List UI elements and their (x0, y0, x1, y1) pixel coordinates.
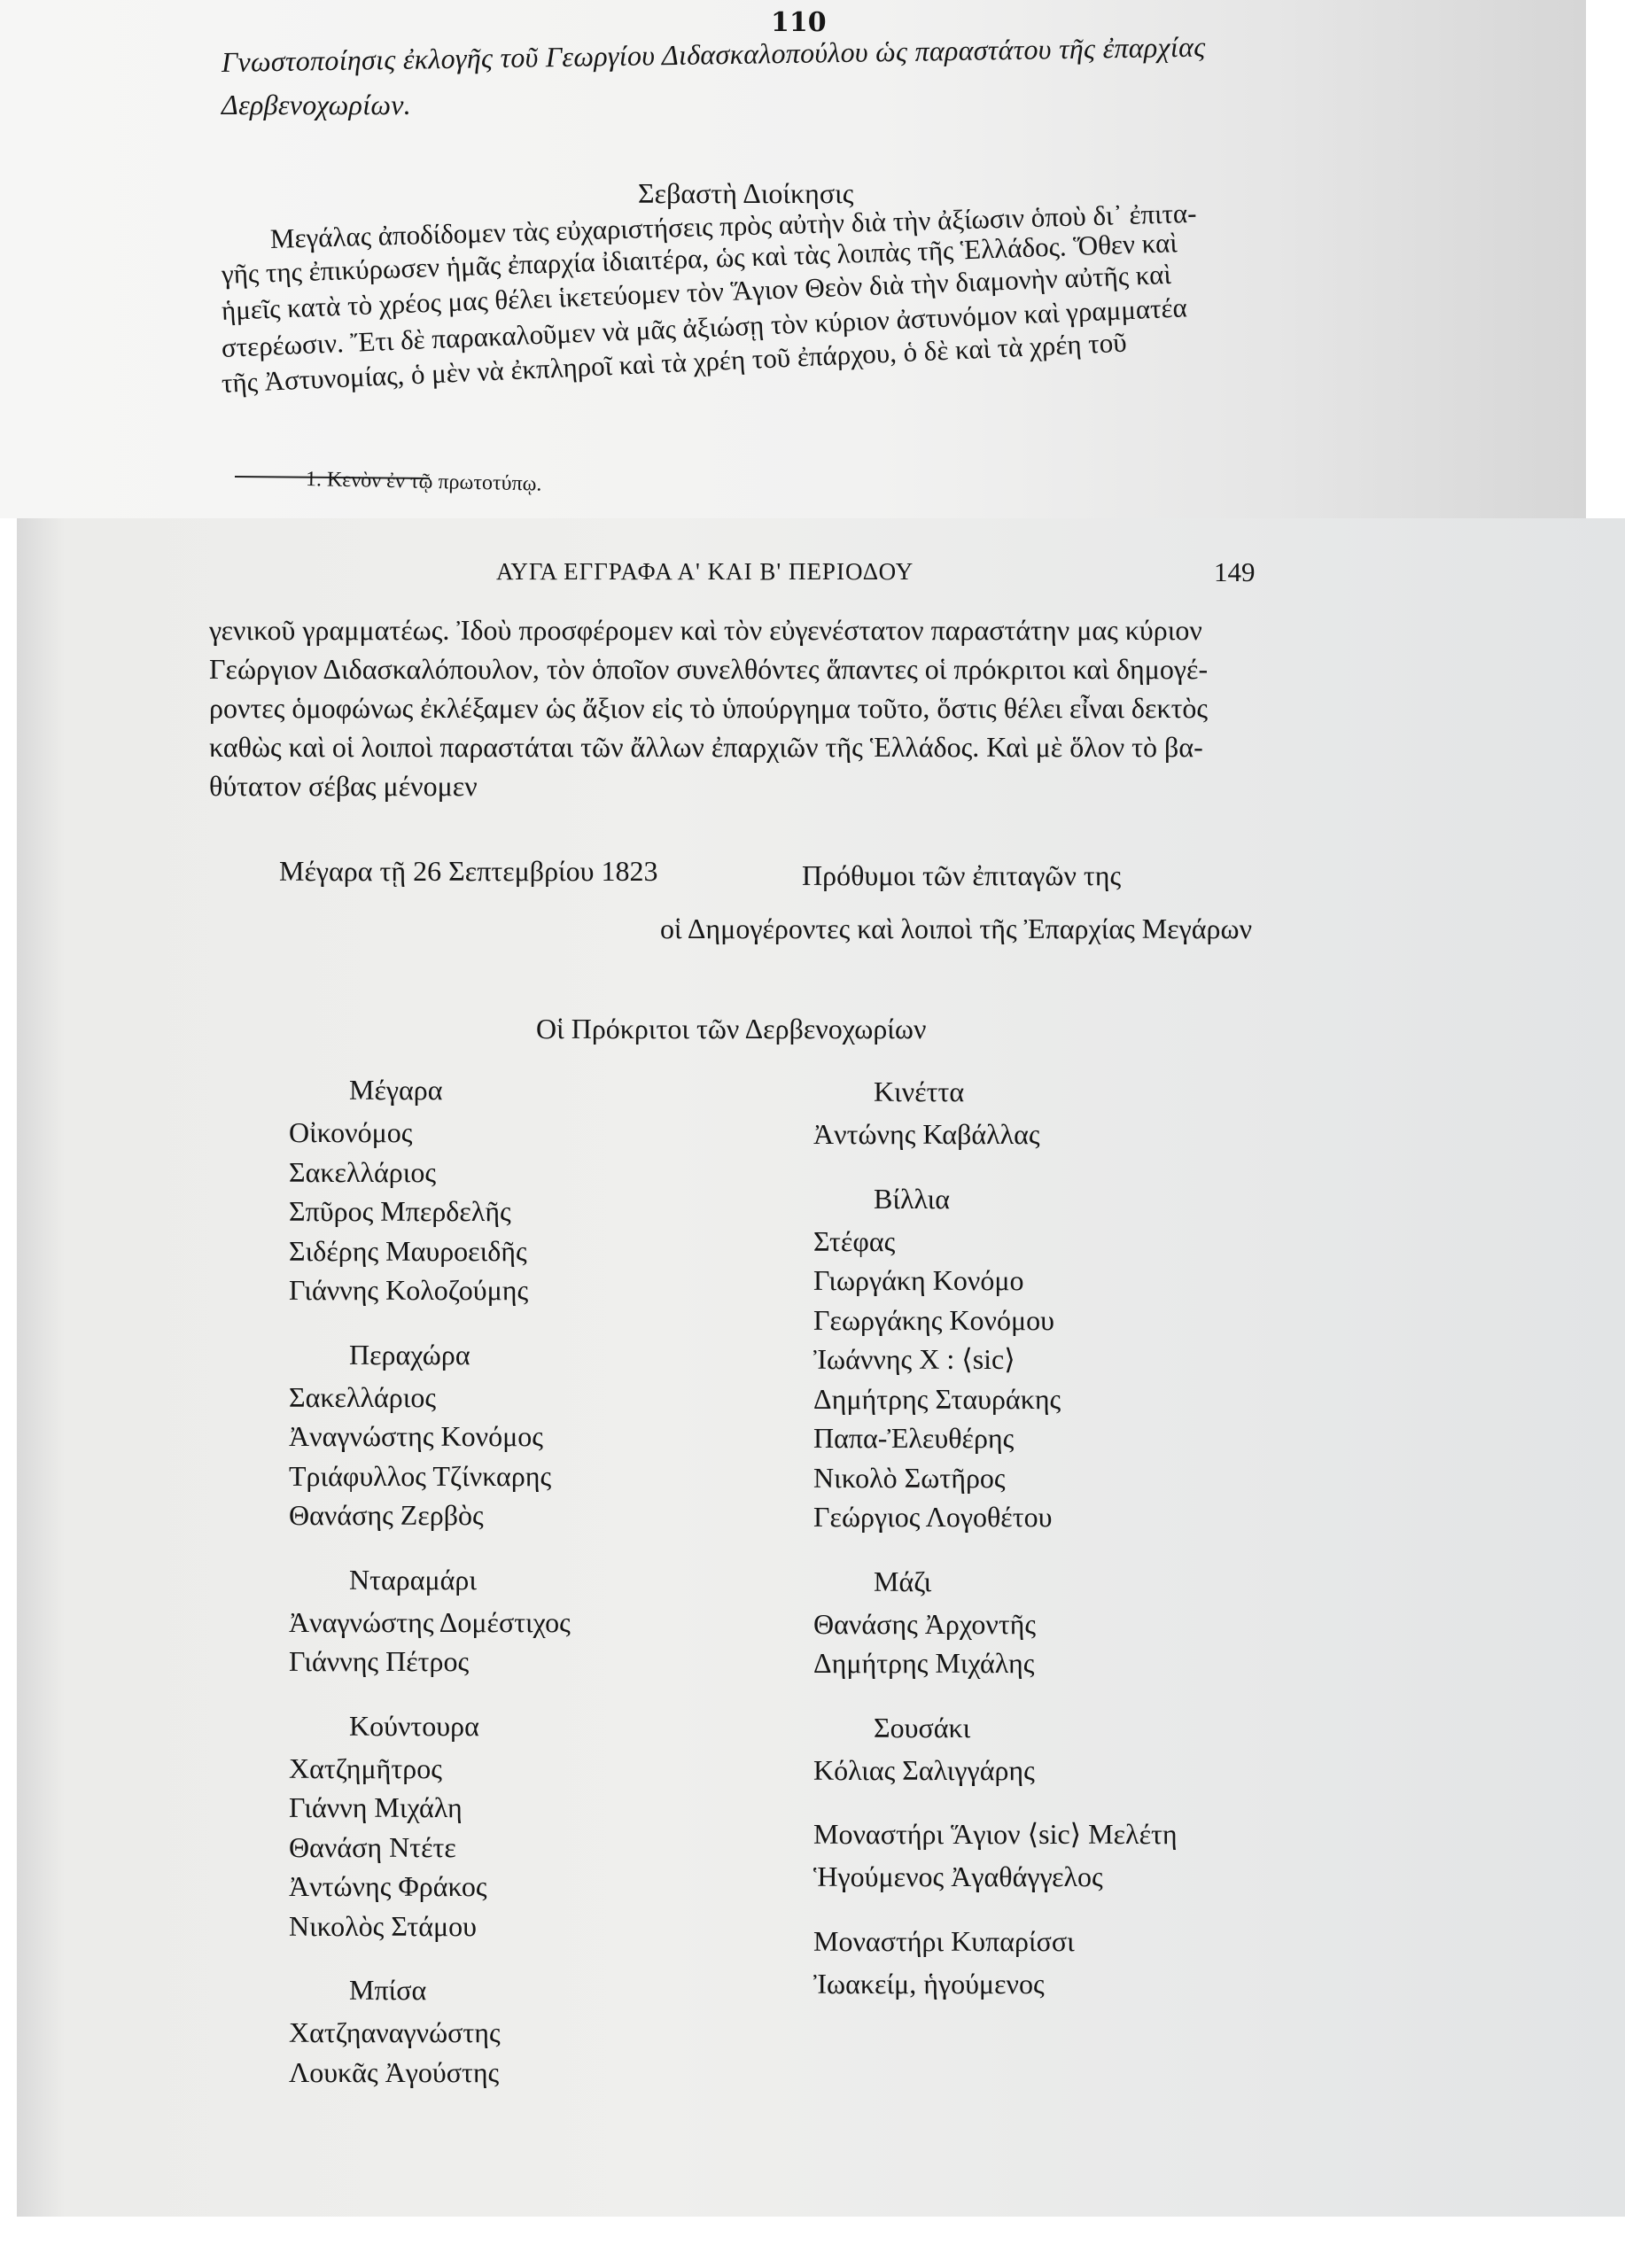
signatory-name: Σακελλάριος (289, 1378, 750, 1417)
signatory-name: Ἰωακείμ, ἡγούμενος (813, 1964, 1451, 2004)
date-place: Μέγαρα τῇ 26 Σεπτεμβρίου 1823 (279, 855, 658, 888)
footnote: 1. Κενὸν ἐν τῷ πρωτοτύπῳ. (306, 468, 542, 497)
signatory-name: Στέφας (813, 1222, 1451, 1262)
signatory-name: Γιάννης Πέτρος (289, 1642, 750, 1682)
page-number-bottom: 149 (1214, 556, 1256, 588)
closing-formula: Πρόθυμοι τῶν ἐπιταγῶν της (802, 859, 1121, 892)
signatories-left-column: Μέγαρα Οἰκονόμος Σακελλάριος Σπῦρος Μπερ… (289, 1070, 750, 2117)
salutation: Σεβαστὴ Διοίκησις (638, 177, 853, 210)
signatory-name: Ἀντώνης Καβάλλας (813, 1115, 1451, 1154)
monastery-name: Μοναστήρι Ἅγιον ⟨sic⟩ Μελέτη (813, 1814, 1451, 1853)
prokritoi-heading: Οἱ Πρόκριτοι τῶν Δερβενοχωρίων (536, 1013, 926, 1045)
signatory-name: Σακελλάριος (289, 1153, 750, 1192)
village-group: Περαχώρα Σακελλάριος Ἀναγνώστης Κονόμος … (289, 1335, 750, 1535)
signatory-name: Γεωργάκης Κονόμου (813, 1301, 1451, 1340)
running-header: ΑΥΓΑ ΕΓΓΡΑΦΑ Α' ΚΑΙ Β' ΠΕΡΙΟΔΟΥ (496, 558, 914, 586)
village-name: Βίλλια (813, 1179, 1451, 1218)
village-group: Σουσάκι Κόλιας Σαλιγγάρης (813, 1708, 1451, 1790)
village-group: Μέγαρα Οἰκονόμος Σακελλάριος Σπῦρος Μπερ… (289, 1070, 750, 1310)
signatory-name: Δημήτρης Σταυράκης (813, 1379, 1451, 1419)
village-name: Μέγαρα (289, 1070, 750, 1109)
signatory-name: Θανάσης Ἀρχοντῆς (813, 1604, 1451, 1644)
signatory-name: Ἀντώνης Φράκος (289, 1867, 750, 1907)
top-page-scan: 110 Γνωστοποίησις ἐκλογῆς τοῦ Γεωργίου Δ… (0, 0, 1586, 518)
signatory-name: Σπῦρος Μπερδελῆς (289, 1192, 750, 1231)
village-group: Κούντουρα Χατζημῆτρος Γιάννη Μιχάλη Θανά… (289, 1706, 750, 1946)
document-title-line-1: Γνωστοποίησις ἐκλογῆς τοῦ Γεωργίου Διδασ… (222, 31, 1206, 79)
village-group: Μπίσα Χατζηαναγνώστης Λουκᾶς Ἀγούστης (289, 1970, 750, 2092)
signatory-name: Ἡγούμενος Ἀγαθάγγελος (813, 1857, 1451, 1897)
monastery-group: Μοναστήρι Ἅγιον ⟨sic⟩ Μελέτη Ἡγούμενος Ἀ… (813, 1814, 1451, 1897)
monastery-group: Μοναστήρι Κυπαρίσσι Ἰωακείμ, ἡγούμενος (813, 1922, 1451, 2004)
body-line: ροντες ὁμοφώνως ἐκλέξαμεν ὡς ἄξιον εἰς τ… (209, 692, 1208, 725)
signatory-name: Ἀναγνώστης Δομέστιχος (289, 1603, 750, 1643)
signatory-name: Δημήτρης Μιχάλης (813, 1643, 1451, 1683)
signatory-name: Χατζηαναγνώστης (289, 2013, 750, 2053)
village-name: Περαχώρα (289, 1335, 750, 1374)
signatory-name: Νικολὸς Στάμου (289, 1907, 750, 1946)
body-line: καθὼς καὶ οἱ λοιποὶ παραστάται τῶν ἄλλων… (209, 731, 1203, 764)
signatory-name: Θανάση Ντέτε (289, 1828, 750, 1868)
village-name: Σουσάκι (813, 1708, 1451, 1747)
signatories-right-column: Κινέττα Ἀντώνης Καβάλλας Βίλλια Στέφας Γ… (813, 1072, 1451, 2028)
signatory-name: Λουκᾶς Ἀγούστης (289, 2053, 750, 2093)
body-line: Γεώργιον Διδασκαλόπουλον, τὸν ὁποῖον συν… (209, 653, 1208, 686)
document-title-line-2: Δερβενοχωρίων. (222, 89, 411, 121)
signatory-name: Παπα-Ἐλευθέρης (813, 1418, 1451, 1458)
signatory-name: Ἀναγνώστης Κονόμος (289, 1417, 750, 1456)
village-name: Μπίσα (289, 1970, 750, 2009)
village-name: Κινέττα (813, 1072, 1451, 1111)
signatory-name: Γεώργιος Λογοθέτου (813, 1497, 1451, 1537)
village-name: Κούντουρα (289, 1706, 750, 1745)
signatory-name: Χατζημῆτρος (289, 1749, 750, 1789)
signatory-name: Οἰκονόμος (289, 1113, 750, 1153)
monastery-name: Μοναστήρι Κυπαρίσσι (813, 1922, 1451, 1961)
signatory-name: Γιάννης Κολοζούμης (289, 1270, 750, 1310)
body-line: θύτατον σέβας μένομεν (209, 770, 478, 803)
village-group: Μάζι Θανάσης Ἀρχοντῆς Δημήτρης Μιχάλης (813, 1562, 1451, 1683)
signatory-name: Σιδέρης Μαυροειδῆς (289, 1231, 750, 1271)
village-group: Νταραμάρι Ἀναγνώστης Δομέστιχος Γιάννης … (289, 1560, 750, 1682)
signatory-name: Νικολὸ Σωτῆρος (813, 1458, 1451, 1498)
signatory-name: Ἰωάννης Χ : ⟨sic⟩ (813, 1340, 1451, 1379)
village-group: Βίλλια Στέφας Γιωργάκη Κονόμο Γεωργάκης … (813, 1179, 1451, 1537)
village-name: Νταραμάρι (289, 1560, 750, 1599)
page-number-top: 110 (771, 7, 827, 38)
signatory-name: Γιωργάκη Κονόμο (813, 1261, 1451, 1301)
village-group: Κινέττα Ἀντώνης Καβάλλας (813, 1072, 1451, 1154)
body-line: γενικοῦ γραμματέως. Ἰδοὺ προσφέρομεν καὶ… (209, 614, 1202, 647)
village-name: Μάζι (813, 1562, 1451, 1601)
signers-line: οἱ Δημογέροντες καὶ λοιποὶ τῆς Ἐπαρχίας … (660, 913, 1252, 945)
signatory-name: Γιάννη Μιχάλη (289, 1788, 750, 1828)
signatory-name: Τριάφυλλος Τζίνκαρης (289, 1456, 750, 1496)
signatory-name: Κόλιας Σαλιγγάρης (813, 1751, 1451, 1790)
signatory-name: Θανάσης Ζερβὸς (289, 1495, 750, 1535)
